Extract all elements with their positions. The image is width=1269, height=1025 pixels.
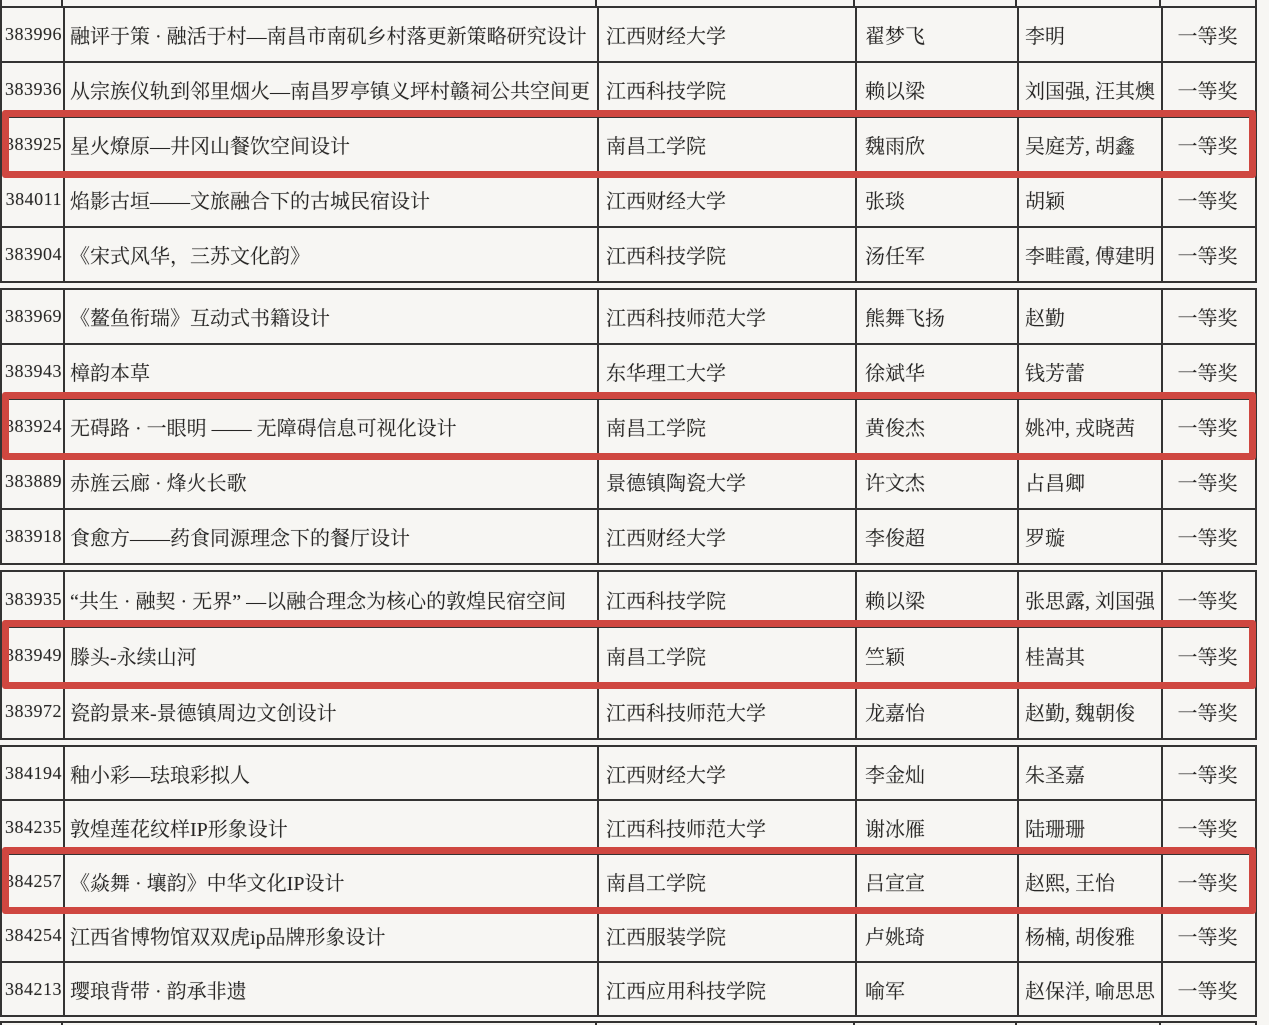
school-cell: 江西科技学院 bbox=[599, 572, 857, 626]
table-row: 383936 从宗族仪轨到邻里烟火—南昌罗亭镇义坪村赣祠公共空间更 江西科技学院… bbox=[2, 61, 1255, 116]
table-block: 383996 融评于策 · 融活于村—南昌市南矶乡村落更新策略研究设计 江西财经… bbox=[0, 6, 1257, 283]
table-block: 383935 “共生 · 融契 · 无界” —以融合理念为核心的敦煌民宿空间 江… bbox=[0, 570, 1257, 740]
award-cell: 一等奖 bbox=[1163, 628, 1255, 682]
award-cell: 一等奖 bbox=[1163, 909, 1255, 961]
entry-id-cell: 383918 bbox=[2, 510, 65, 563]
entry-id-cell: 383925 bbox=[2, 118, 65, 171]
table-row: 384254 江西省博物馆双双虎ip品牌形象设计 江西服装学院 卢姚琦 杨楠, … bbox=[2, 907, 1255, 961]
work-title-cell: 食愈方——药食同源理念下的餐厅设计 bbox=[65, 510, 599, 563]
award-cell: 一等奖 bbox=[1163, 118, 1255, 171]
table-row: 383918 食愈方——药食同源理念下的餐厅设计 江西财经大学 李俊超 罗璇 一… bbox=[2, 508, 1255, 563]
author-cell: 汤任军 bbox=[857, 228, 1019, 281]
table-row: 383949 滕头-永续山河 南昌工学院 竺颖 桂嵩其 一等奖 bbox=[2, 626, 1255, 682]
entry-id-cell: 383943 bbox=[2, 345, 65, 398]
school-cell: 江西科技师范大学 bbox=[599, 801, 857, 853]
work-title-cell: 无碍路 · 一眼明 —— 无障碍信息可视化设计 bbox=[65, 400, 599, 453]
award-cell: 一等奖 bbox=[1163, 173, 1255, 226]
work-title-cell: 焰影古垣——文旅融合下的古城民宿设计 bbox=[65, 173, 599, 226]
school-cell: 南昌工学院 bbox=[599, 855, 857, 907]
table-block: 384194 釉小彩—珐琅彩拟人 江西财经大学 李金灿 朱圣嘉 一等奖 3842… bbox=[0, 745, 1257, 1017]
author-cell: 赖以梁 bbox=[857, 572, 1019, 626]
author-cell: 徐斌华 bbox=[857, 345, 1019, 398]
work-title-cell: “共生 · 融契 · 无界” —以融合理念为核心的敦煌民宿空间 bbox=[65, 572, 599, 626]
table-row: 383925 星火燎原—井冈山餐饮空间设计 南昌工学院 魏雨欣 吴庭芳, 胡鑫 … bbox=[2, 116, 1255, 171]
school-cell: 江西服装学院 bbox=[599, 909, 857, 961]
school-cell: 江西科技师范大学 bbox=[599, 684, 857, 738]
school-cell: 南昌工学院 bbox=[599, 628, 857, 682]
page: 383996 融评于策 · 融活于村—南昌市南矶乡村落更新策略研究设计 江西财经… bbox=[0, 0, 1269, 1025]
advisors-cell: 罗璇 bbox=[1019, 510, 1163, 563]
table-row: 383924 无碍路 · 一眼明 —— 无障碍信息可视化设计 南昌工学院 黄俊杰… bbox=[2, 398, 1255, 453]
work-title-cell: 釉小彩—珐琅彩拟人 bbox=[65, 747, 599, 799]
award-cell: 一等奖 bbox=[1163, 290, 1255, 343]
entry-id-cell: 383924 bbox=[2, 400, 65, 453]
advisors-cell: 赵勤, 魏朝俊 bbox=[1019, 684, 1163, 738]
author-cell: 竺颖 bbox=[857, 628, 1019, 682]
award-cell: 一等奖 bbox=[1163, 8, 1255, 61]
author-cell: 吕宣宣 bbox=[857, 855, 1019, 907]
author-cell: 龙嘉怡 bbox=[857, 684, 1019, 738]
award-cell: 一等奖 bbox=[1163, 345, 1255, 398]
author-cell: 翟梦飞 bbox=[857, 8, 1019, 61]
author-cell: 黄俊杰 bbox=[857, 400, 1019, 453]
table-row: 383904 《宋式风华，三苏文化韵》 江西科技学院 汤任军 李畦霞, 傅建明 … bbox=[2, 226, 1255, 281]
advisors-cell: 桂嵩其 bbox=[1019, 628, 1163, 682]
advisors-cell: 刘国强, 汪其燠 bbox=[1019, 63, 1163, 116]
award-cell: 一等奖 bbox=[1163, 455, 1255, 508]
author-cell: 魏雨欣 bbox=[857, 118, 1019, 171]
work-title-cell: 《鳌鱼衔瑞》互动式书籍设计 bbox=[65, 290, 599, 343]
entry-id-cell: 384194 bbox=[2, 747, 65, 799]
table-row: 384257 《焱舞 · 壤韵》中华文化IP设计 南昌工学院 吕宣宣 赵熙, 王… bbox=[2, 853, 1255, 907]
work-title-cell: 敦煌莲花纹样IP形象设计 bbox=[65, 801, 599, 853]
advisors-cell: 吴庭芳, 胡鑫 bbox=[1019, 118, 1163, 171]
advisors-cell: 赵熙, 王怡 bbox=[1019, 855, 1163, 907]
award-cell: 一等奖 bbox=[1163, 801, 1255, 853]
advisors-cell: 占昌卿 bbox=[1019, 455, 1163, 508]
work-title-cell: 滕头-永续山河 bbox=[65, 628, 599, 682]
work-title-cell: 《宋式风华，三苏文化韵》 bbox=[65, 228, 599, 281]
work-title-cell: 樟韵本草 bbox=[65, 345, 599, 398]
work-title-cell: 《焱舞 · 壤韵》中华文化IP设计 bbox=[65, 855, 599, 907]
author-cell: 谢冰雁 bbox=[857, 801, 1019, 853]
entry-id-cell: 383904 bbox=[2, 228, 65, 281]
author-cell: 张琰 bbox=[857, 173, 1019, 226]
award-cell: 一等奖 bbox=[1163, 510, 1255, 563]
school-cell: 江西财经大学 bbox=[599, 173, 857, 226]
award-cell: 一等奖 bbox=[1163, 228, 1255, 281]
school-cell: 江西应用科技学院 bbox=[599, 963, 857, 1015]
author-cell: 喻军 bbox=[857, 963, 1019, 1015]
entry-id-cell: 384011 bbox=[2, 173, 65, 226]
entry-id-cell: 384235 bbox=[2, 801, 65, 853]
table-bottom-edge bbox=[0, 1021, 1257, 1025]
entry-id-cell: 384213 bbox=[2, 963, 65, 1015]
advisors-cell: 姚冲, 戎晓茜 bbox=[1019, 400, 1163, 453]
school-cell: 南昌工学院 bbox=[599, 400, 857, 453]
work-title-cell: 江西省博物馆双双虎ip品牌形象设计 bbox=[65, 909, 599, 961]
award-cell: 一等奖 bbox=[1163, 855, 1255, 907]
award-cell: 一等奖 bbox=[1163, 400, 1255, 453]
work-title-cell: 融评于策 · 融活于村—南昌市南矶乡村落更新策略研究设计 bbox=[65, 8, 599, 61]
advisors-cell: 陆珊珊 bbox=[1019, 801, 1163, 853]
school-cell: 江西财经大学 bbox=[599, 510, 857, 563]
school-cell: 南昌工学院 bbox=[599, 118, 857, 171]
author-cell: 赖以梁 bbox=[857, 63, 1019, 116]
advisors-cell: 赵保洋, 喻思思 bbox=[1019, 963, 1163, 1015]
table-row: 383972 瓷韵景来-景德镇周边文创设计 江西科技师范大学 龙嘉怡 赵勤, 魏… bbox=[2, 682, 1255, 738]
school-cell: 江西财经大学 bbox=[599, 8, 857, 61]
advisors-cell: 杨楠, 胡俊雅 bbox=[1019, 909, 1163, 961]
work-title-cell: 从宗族仪轨到邻里烟火—南昌罗亭镇义坪村赣祠公共空间更 bbox=[65, 63, 599, 116]
table-row: 384235 敦煌莲花纹样IP形象设计 江西科技师范大学 谢冰雁 陆珊珊 一等奖 bbox=[2, 799, 1255, 853]
table-row: 384194 釉小彩—珐琅彩拟人 江西财经大学 李金灿 朱圣嘉 一等奖 bbox=[2, 747, 1255, 799]
author-cell: 李金灿 bbox=[857, 747, 1019, 799]
table-row: 383935 “共生 · 融契 · 无界” —以融合理念为核心的敦煌民宿空间 江… bbox=[2, 572, 1255, 626]
entry-id-cell: 383935 bbox=[2, 572, 65, 626]
advisors-cell: 李明 bbox=[1019, 8, 1163, 61]
entry-id-cell: 383969 bbox=[2, 290, 65, 343]
author-cell: 许文杰 bbox=[857, 455, 1019, 508]
award-cell: 一等奖 bbox=[1163, 684, 1255, 738]
advisors-cell: 张思露, 刘国强 bbox=[1019, 572, 1163, 626]
author-cell: 熊舞飞扬 bbox=[857, 290, 1019, 343]
table-block: 383969 《鳌鱼衔瑞》互动式书籍设计 江西科技师范大学 熊舞飞扬 赵勤 一等… bbox=[0, 288, 1257, 565]
entry-id-cell: 384257 bbox=[2, 855, 65, 907]
work-title-cell: 瓷韵景来-景德镇周边文创设计 bbox=[65, 684, 599, 738]
entry-id-cell: 384254 bbox=[2, 909, 65, 961]
school-cell: 江西科技学院 bbox=[599, 63, 857, 116]
award-cell: 一等奖 bbox=[1163, 963, 1255, 1015]
advisors-cell: 李畦霞, 傅建明 bbox=[1019, 228, 1163, 281]
award-cell: 一等奖 bbox=[1163, 572, 1255, 626]
award-cell: 一等奖 bbox=[1163, 63, 1255, 116]
table-row: 383943 樟韵本草 东华理工大学 徐斌华 钱芳蕾 一等奖 bbox=[2, 343, 1255, 398]
table-row: 383969 《鳌鱼衔瑞》互动式书籍设计 江西科技师范大学 熊舞飞扬 赵勤 一等… bbox=[2, 290, 1255, 343]
work-title-cell: 赤旌云廊 · 烽火长歌 bbox=[65, 455, 599, 508]
advisors-cell: 赵勤 bbox=[1019, 290, 1163, 343]
entry-id-cell: 383889 bbox=[2, 455, 65, 508]
table-row: 383889 赤旌云廊 · 烽火长歌 景德镇陶瓷大学 许文杰 占昌卿 一等奖 bbox=[2, 453, 1255, 508]
school-cell: 江西财经大学 bbox=[599, 747, 857, 799]
table-row: 383996 融评于策 · 融活于村—南昌市南矶乡村落更新策略研究设计 江西财经… bbox=[2, 8, 1255, 61]
advisors-cell: 朱圣嘉 bbox=[1019, 747, 1163, 799]
table-row: 384213 璎琅背带 · 韵承非遗 江西应用科技学院 喻军 赵保洋, 喻思思 … bbox=[2, 961, 1255, 1015]
school-cell: 江西科技学院 bbox=[599, 228, 857, 281]
entry-id-cell: 383972 bbox=[2, 684, 65, 738]
school-cell: 江西科技师范大学 bbox=[599, 290, 857, 343]
work-title-cell: 星火燎原—井冈山餐饮空间设计 bbox=[65, 118, 599, 171]
author-cell: 李俊超 bbox=[857, 510, 1019, 563]
award-cell: 一等奖 bbox=[1163, 747, 1255, 799]
entry-id-cell: 383936 bbox=[2, 63, 65, 116]
advisors-cell: 钱芳蕾 bbox=[1019, 345, 1163, 398]
table-row: 384011 焰影古垣——文旅融合下的古城民宿设计 江西财经大学 张琰 胡颖 一… bbox=[2, 171, 1255, 226]
school-cell: 东华理工大学 bbox=[599, 345, 857, 398]
entry-id-cell: 383949 bbox=[2, 628, 65, 682]
advisors-cell: 胡颖 bbox=[1019, 173, 1163, 226]
work-title-cell: 璎琅背带 · 韵承非遗 bbox=[65, 963, 599, 1015]
entry-id-cell: 383996 bbox=[2, 8, 65, 61]
author-cell: 卢姚琦 bbox=[857, 909, 1019, 961]
school-cell: 景德镇陶瓷大学 bbox=[599, 455, 857, 508]
